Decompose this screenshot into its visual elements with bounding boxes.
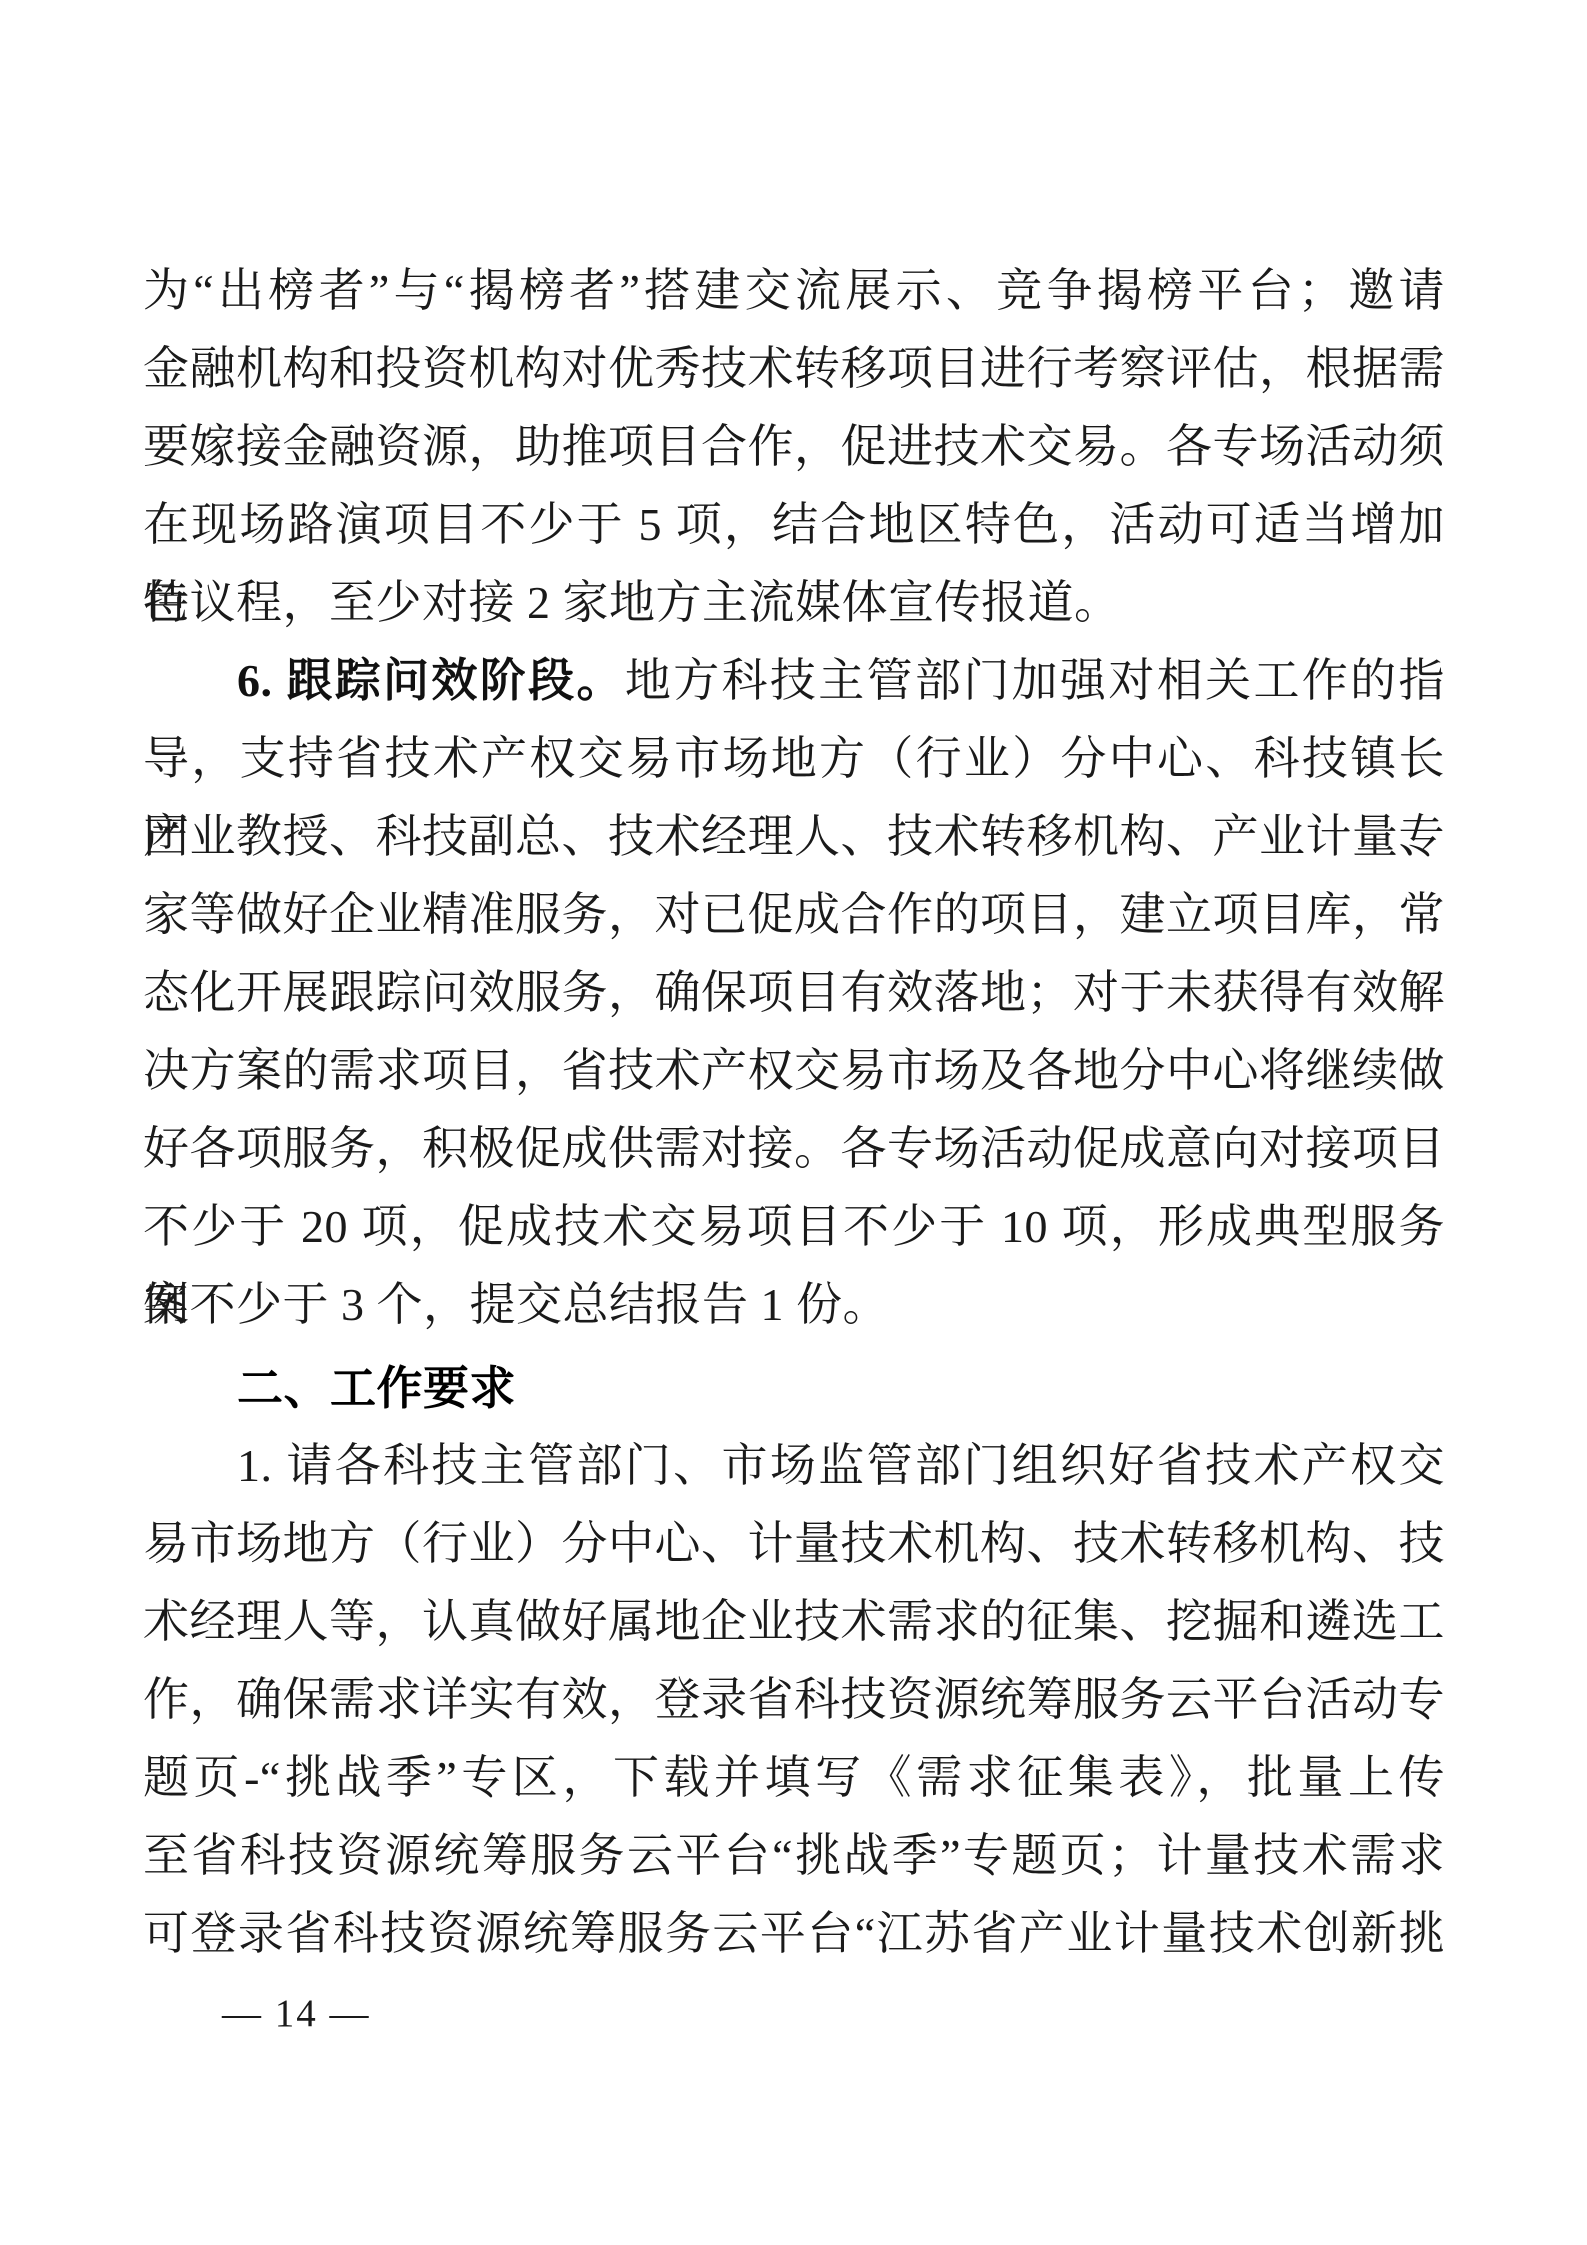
- text-line: 导，支持省技术产权交易市场地方（行业）分中心、科技镇长团、: [143, 720, 1445, 798]
- text-line: 可登录省科技资源统筹服务云平台“江苏省产业计量技术创新挑: [143, 1895, 1445, 1973]
- text-line: 态化开展跟踪问效服务，确保项目有效落地；对于未获得有效解: [143, 954, 1445, 1032]
- text-line: 决方案的需求项目，省技术产权交易市场及各地分中心将继续做: [143, 1032, 1445, 1110]
- document-page: 为“出榜者”与“揭榜者”搭建交流展示、竞争揭榜平台；邀请金融机构和投资机构对优秀…: [0, 0, 1587, 2245]
- text-line: 不少于 20 项，促成技术交易项目不少于 10 项，形成典型服务案: [143, 1188, 1445, 1266]
- item-title-lead: 6. 跟踪问效阶段。: [237, 655, 625, 706]
- section-heading: 二、工作要求: [143, 1349, 1445, 1427]
- text-line: 要嫁接金融资源，助推项目合作，促进技术交易。各专场活动须: [143, 408, 1445, 486]
- text-line: 色议程，至少对接 2 家地方主流媒体宣传报道。: [143, 564, 1445, 642]
- text-line: 好各项服务，积极促成供需对接。各专场活动促成意向对接项目: [143, 1110, 1445, 1188]
- text-line: 为“出榜者”与“揭榜者”搭建交流展示、竞争揭榜平台；邀请: [143, 252, 1445, 330]
- text-line: 在现场路演项目不少于 5 项，结合地区特色，活动可适当增加特: [143, 486, 1445, 564]
- text-line: 家等做好企业精准服务，对已促成合作的项目，建立项目库，常: [143, 876, 1445, 954]
- text-line: 作，确保需求详实有效，登录省科技资源统筹服务云平台活动专: [143, 1661, 1445, 1739]
- text-line: 术经理人等，认真做好属地企业技术需求的征集、挖掘和遴选工: [143, 1583, 1445, 1661]
- text-line: 1. 请各科技主管部门、市场监管部门组织好省技术产权交: [143, 1427, 1445, 1505]
- document-body: 为“出榜者”与“揭榜者”搭建交流展示、竞争揭榜平台；邀请金融机构和投资机构对优秀…: [143, 252, 1445, 1973]
- text-line-rest: 地方科技主管部门加强对相关工作的指: [625, 655, 1445, 706]
- page-number: — 14 —: [222, 1990, 371, 2038]
- text-line: 易市场地方（行业）分中心、计量技术机构、技术转移机构、技: [143, 1505, 1445, 1583]
- text-line: 例不少于 3 个，提交总结报告 1 份。: [143, 1266, 1445, 1344]
- text-line: 题页-“挑战季”专区，下载并填写《需求征集表》，批量上传: [143, 1739, 1445, 1817]
- text-line: 6. 跟踪问效阶段。地方科技主管部门加强对相关工作的指: [143, 642, 1445, 720]
- text-line: 产业教授、科技副总、技术经理人、技术转移机构、产业计量专: [143, 798, 1445, 876]
- text-line: 至省科技资源统筹服务云平台“挑战季”专题页；计量技术需求: [143, 1817, 1445, 1895]
- text-line: 金融机构和投资机构对优秀技术转移项目进行考察评估，根据需: [143, 330, 1445, 408]
